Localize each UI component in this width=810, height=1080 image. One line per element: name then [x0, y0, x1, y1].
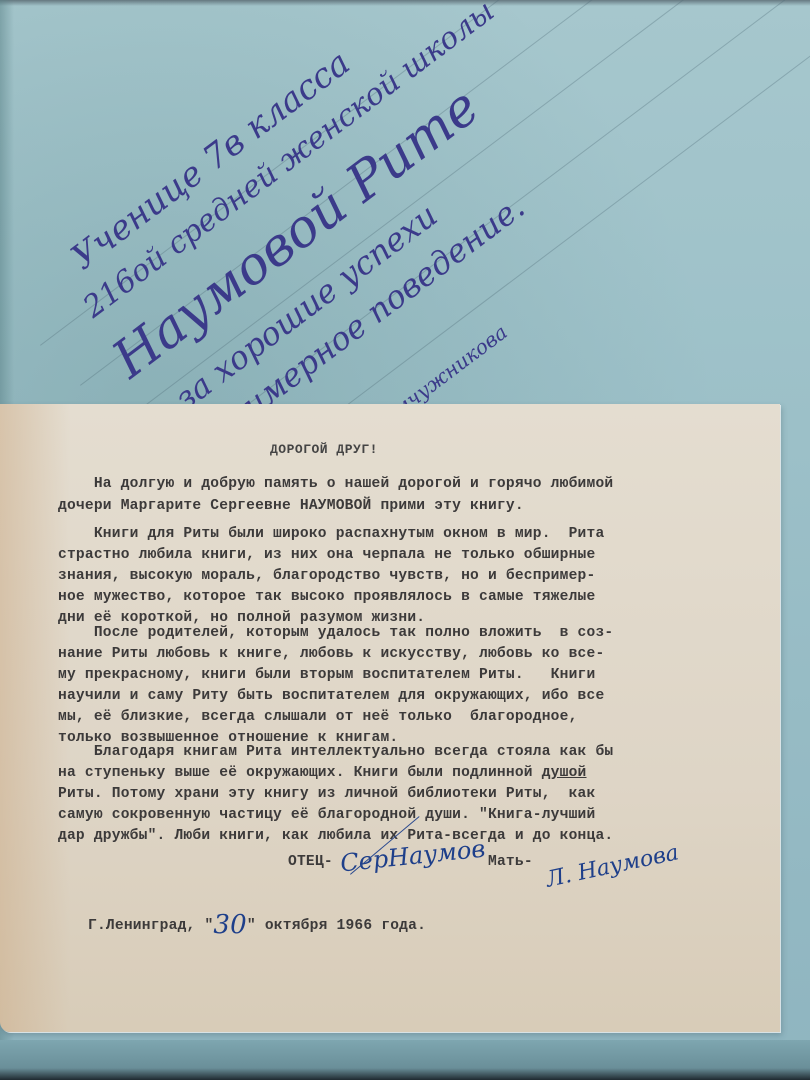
text-line: ное мужество, которое так высоко проявля… [58, 589, 595, 605]
text-line: дочери Маргарите Сергеевне НАУМОВОЙ прим… [58, 498, 524, 514]
text-line: Благодаря книгам Рита интеллектуально вс… [58, 744, 613, 760]
closing-city: Г.Ленинград, " [88, 918, 213, 934]
mother-signature: Л. Наумова [544, 840, 681, 892]
letter-heading: ДОРОГОЙ ДРУГ! [270, 442, 378, 457]
closing-line: Г.Ленинград, "30" октября 1966 года. [88, 906, 426, 936]
closing-date: " октября 1966 года. [247, 918, 426, 934]
text-line: дни её короткой, но полной разумом жизни… [58, 610, 425, 626]
underlined-word: душой [542, 765, 587, 781]
text-line: му прекрасному, книги были вторым воспит… [58, 667, 595, 683]
text-line: Книги для Риты были широко распахнутым о… [58, 526, 604, 542]
closing-day-handwritten: 30 [213, 910, 246, 940]
father-label: ОТЕЦ- [288, 854, 333, 870]
text-line: мы, её близкие, всегда слышали от неё то… [58, 709, 578, 725]
text-line: дар дружбы". Люби книги, как любила их Р… [58, 828, 613, 844]
typed-letter-sheet: ДОРОГОЙ ДРУГ! На долгую и добрую память … [0, 404, 780, 1032]
mother-label: Мать- [488, 854, 533, 870]
inscription-signature: Жемчужникова [361, 320, 512, 410]
text-line: нание Риты любовь к книге, любовь к иску… [58, 646, 604, 662]
text-line-content: на ступеньку выше её окружающих. Книги б… [58, 765, 542, 781]
paragraph-2: Книги для Риты были широко распахнутым о… [88, 526, 124, 638]
text-line: знания, высокую мораль, благородство чув… [58, 568, 595, 584]
text-line: научили и саму Риту быть воспитателем дл… [58, 688, 604, 704]
text-line: После родителей, которым удалось так пол… [58, 625, 613, 641]
handwritten-dedication: Ученице 7в класса 216ой средней женской … [0, 0, 810, 410]
cover-bottom-edge [0, 1040, 810, 1080]
text-line: страстно любила книги, из них она черпал… [58, 547, 595, 563]
text-line: на ступеньку выше её окружающих. Книги б… [58, 765, 587, 781]
paragraph-4: Благодаря книгам Рита интеллектуально вс… [88, 744, 124, 856]
text-line: Риты. Потому храни эту книгу из личной б… [58, 786, 595, 802]
text-line: На долгую и добрую память о нашей дорого… [58, 476, 613, 492]
text-line: самую сокровенную частицу её благородной… [58, 807, 595, 823]
paragraph-3: После родителей, которым удалось так пол… [88, 625, 124, 753]
